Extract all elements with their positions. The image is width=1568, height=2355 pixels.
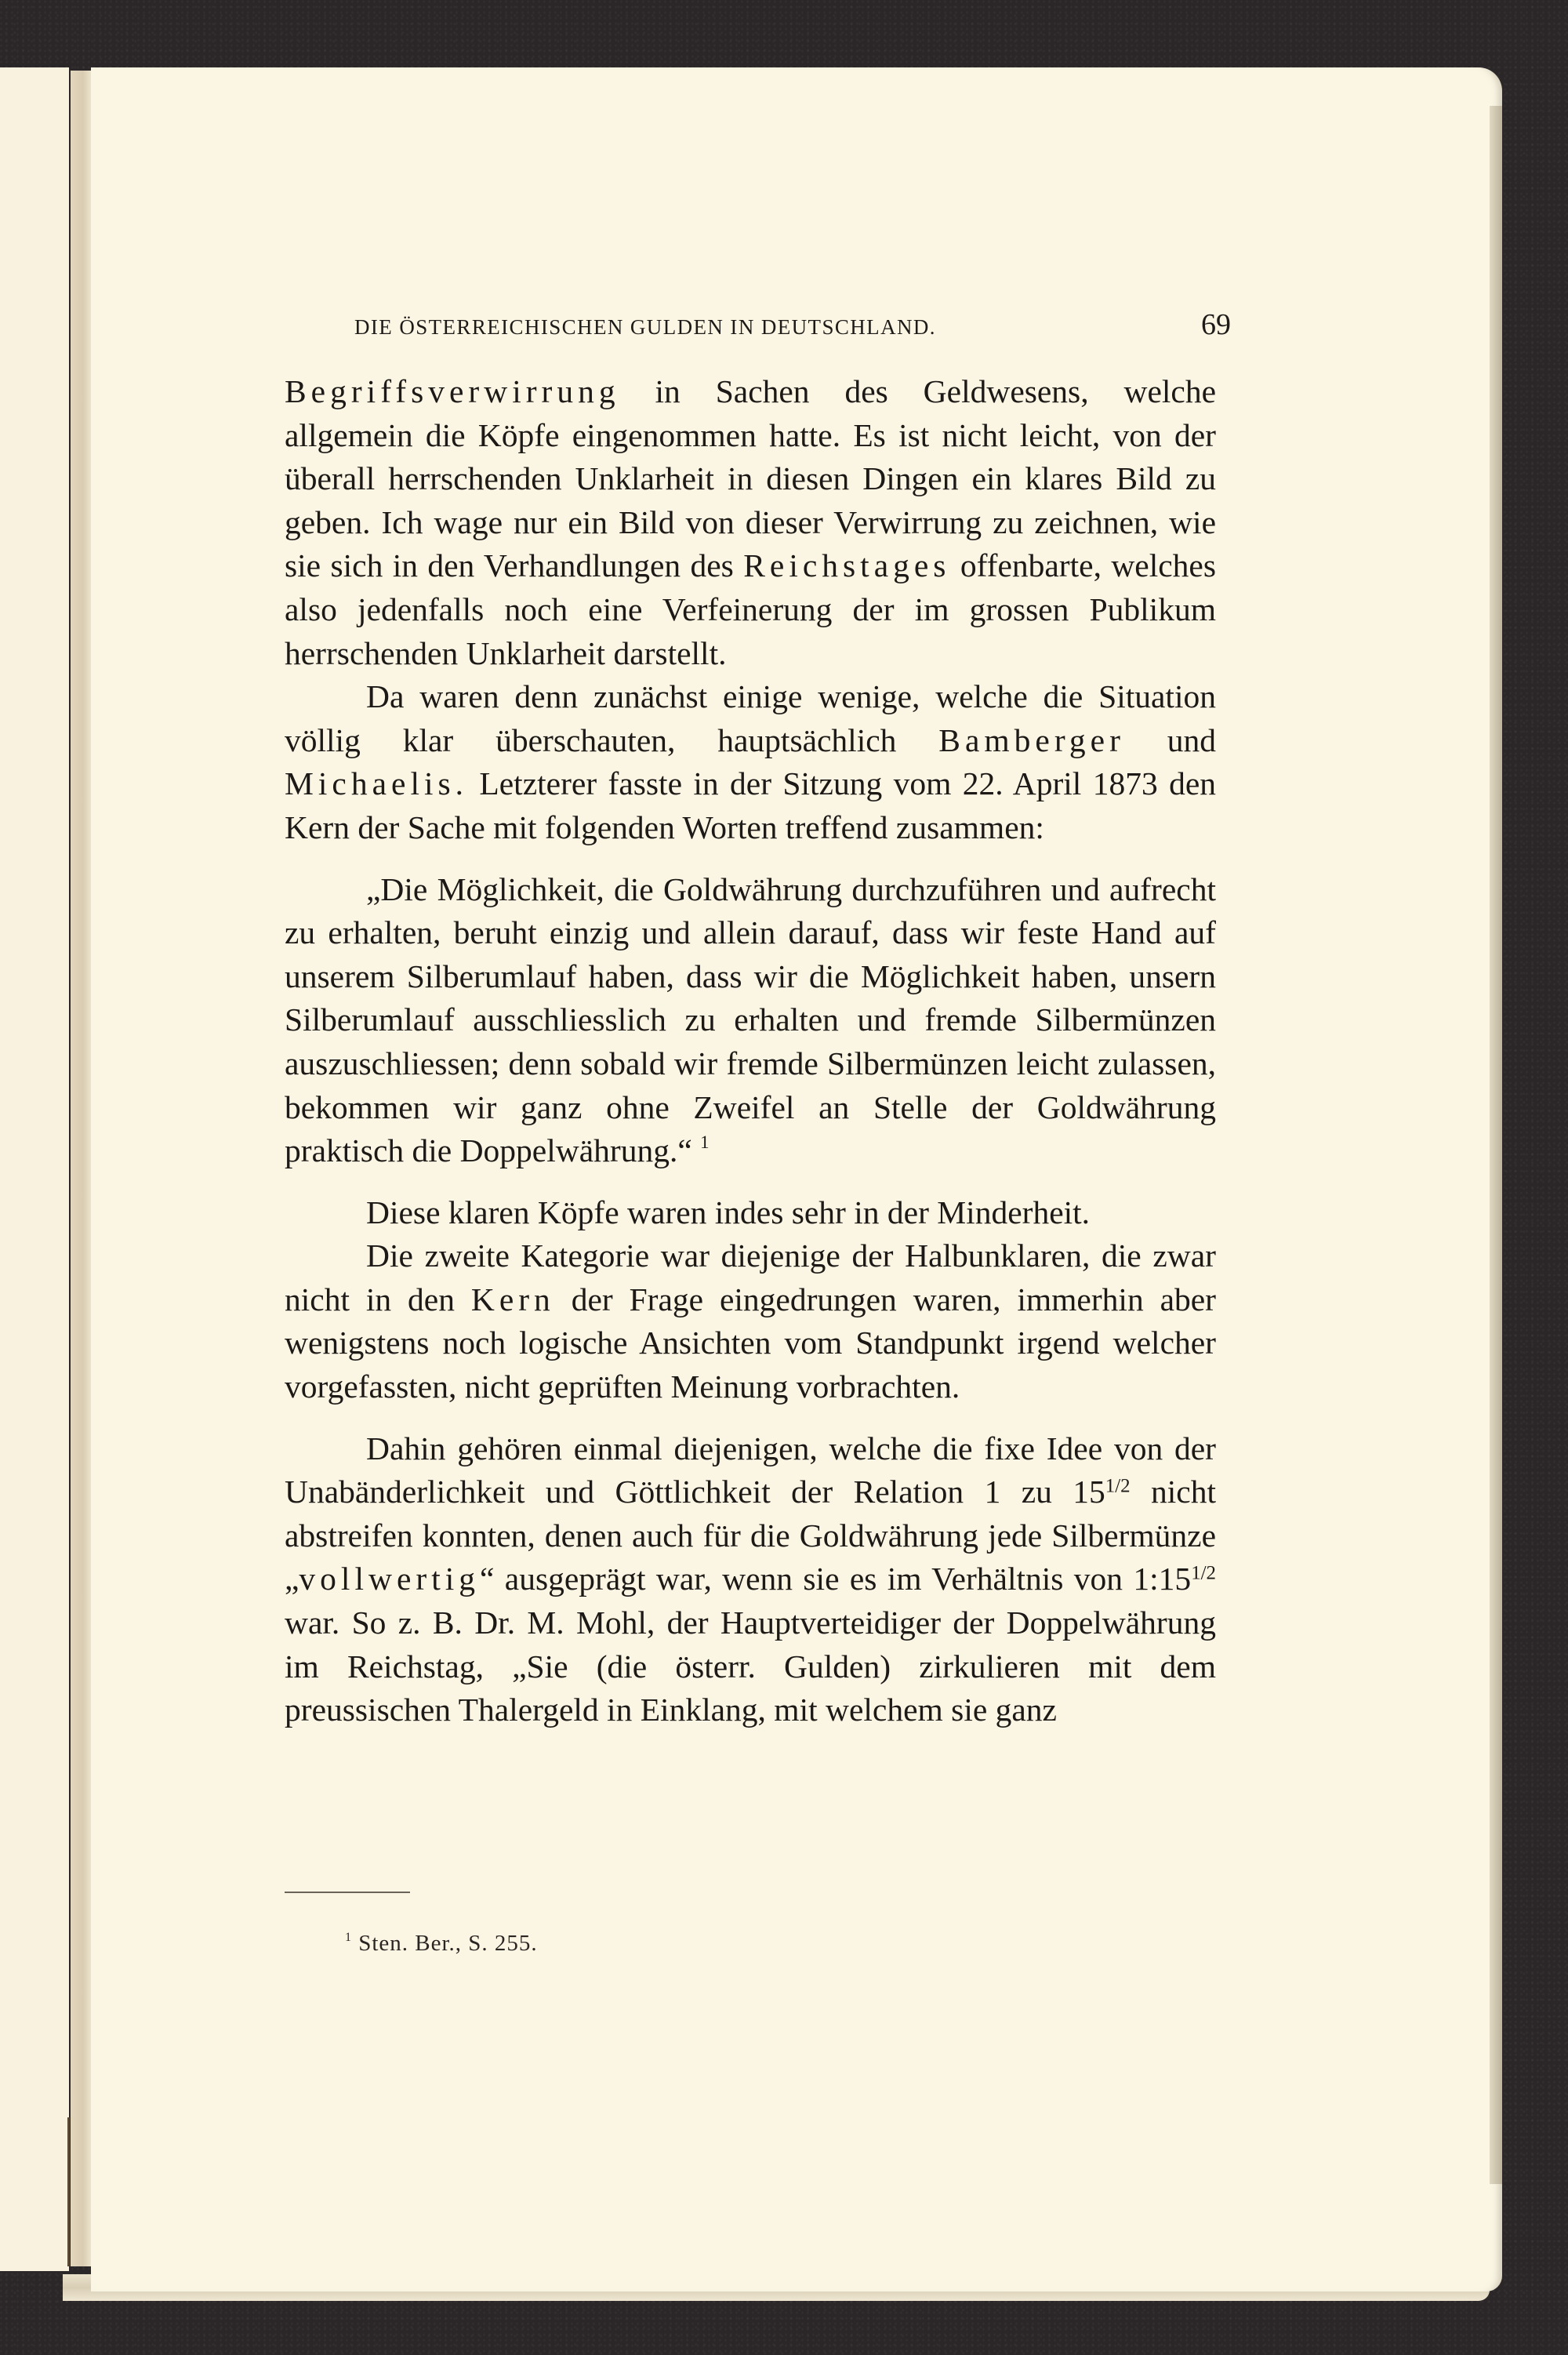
running-header: Die österreichischen Gulden in Deutschla… [354, 307, 1231, 342]
gutter-shadow-line [67, 2117, 70, 2266]
book-gutter [71, 71, 91, 2266]
footnote-reference[interactable]: 1 [700, 1132, 709, 1152]
paragraph: Dahin gehören einmal diejenigen, welche … [285, 1427, 1216, 1732]
page-number: 69 [1201, 307, 1231, 342]
emphasized-word: Kern [471, 1281, 555, 1317]
emphasized-word: Begriffsverwirrung [285, 373, 620, 409]
footnote-text: Sten. Ber., S. 255. [358, 1931, 537, 1956]
footnote: 1 Sten. Ber., S. 255. [345, 1931, 538, 1957]
emphasized-word: Michaelis. [285, 765, 468, 801]
fraction: 1/2 [1105, 1476, 1131, 1497]
block-quote: „Die Möglichkeit, die Goldwährung durchz… [285, 868, 1216, 1173]
page-stack-right-edge [1490, 106, 1502, 2184]
emphasized-word: vollwertig [299, 1561, 480, 1597]
footnote-divider [285, 1892, 410, 1893]
running-title: Die österreichischen Gulden in Deutschla… [354, 315, 936, 340]
footnote-marker: 1 [345, 1931, 352, 1944]
emphasized-word: Reichstages [743, 547, 950, 583]
paragraph: Diese klaren Köpfe waren indes sehr in d… [285, 1191, 1216, 1235]
paragraph: Begriffsverwirrung in Sachen des Geldwes… [285, 370, 1216, 675]
paragraph: Die zweite Kategorie war diejenige der H… [285, 1234, 1216, 1408]
fraction: 1/2 [1191, 1563, 1216, 1584]
previous-page-edge [0, 67, 69, 2271]
paragraph: Da waren denn zunächst einige wenige, we… [285, 675, 1216, 849]
body-text: Begriffsverwirrung in Sachen des Geldwes… [285, 370, 1216, 1732]
emphasized-word: Bamberger [938, 722, 1125, 758]
